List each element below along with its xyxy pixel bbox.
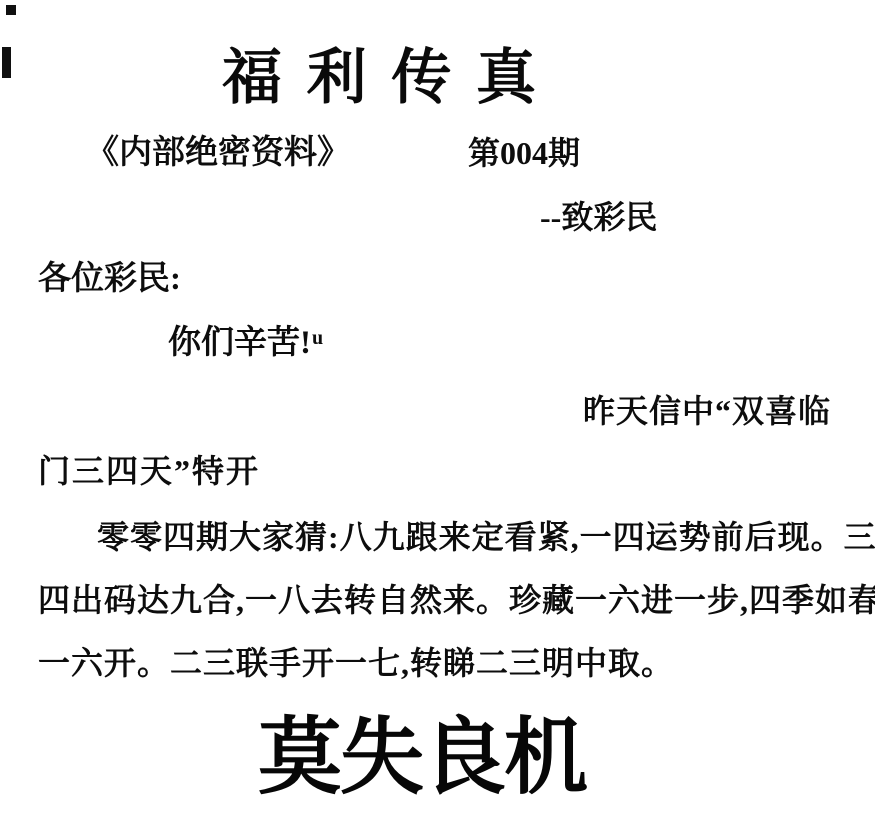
greeting-text: 你们辛苦!: [168, 325, 311, 361]
scan-speck-top: [6, 5, 16, 15]
fax-document-page: 福 利 传 真 《内部绝密资料》 第004期 --致彩民 各位彩民: 你们辛苦!…: [0, 0, 875, 824]
greeting-stray-mark: u: [312, 327, 323, 349]
scan-speck-left: [2, 47, 11, 78]
body-text-line: 一六开。二三联手开一七,转睇二三明中取。: [38, 638, 674, 684]
opening-line-left: 门三四天”特开: [38, 446, 260, 492]
footer-slogan: 莫失良机: [258, 690, 586, 811]
document-title: 福 利 传 真: [222, 30, 540, 116]
opening-line-right: 昨天信中“双喜临: [583, 386, 831, 432]
salutation-line: 各位彩民:: [38, 252, 181, 299]
dedication-line: --致彩民: [540, 192, 657, 238]
greeting-line: 你们辛苦!u: [168, 316, 322, 363]
body-text-line: 四出码达九合,一八去转自然来。珍藏一六进一步,四季如春: [38, 575, 875, 621]
classification-label: 《内部绝密资料》: [86, 126, 350, 173]
body-text-line: 零零四期大家猜:八九跟来定看紧,一四运势前后现。三: [97, 512, 875, 558]
issue-number: 第004期: [468, 128, 580, 174]
